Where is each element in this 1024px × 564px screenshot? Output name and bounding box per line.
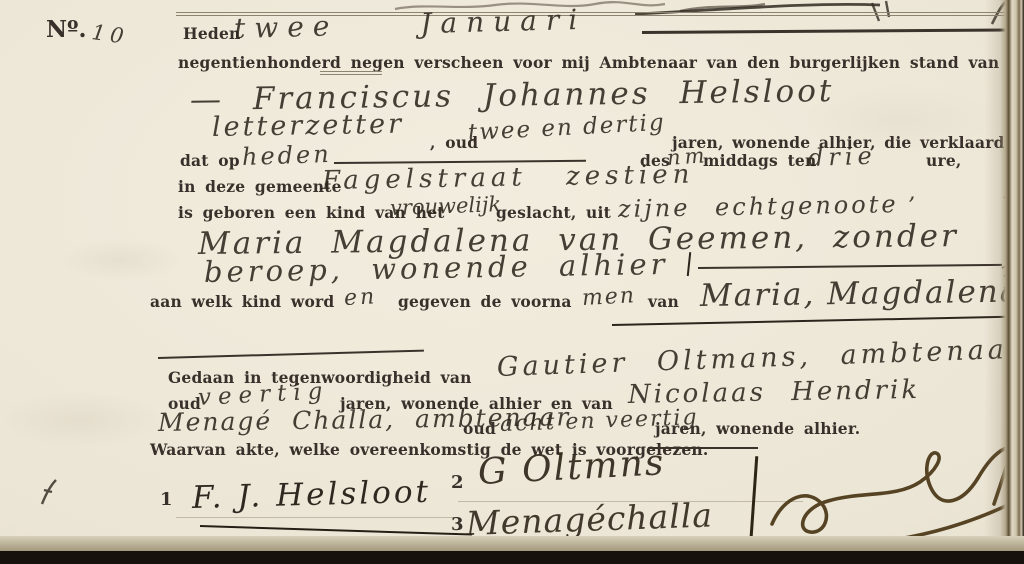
act-number: 10	[90, 20, 130, 49]
page-edge-bottom	[0, 536, 1024, 551]
page-edge-right	[984, 0, 1024, 564]
printed-oud-w2: oud	[463, 419, 496, 438]
printed-year-line: negentienhonderd negen verscheen voor mi…	[178, 53, 1024, 72]
hw-heden: heden	[242, 140, 333, 171]
hw-namen-suffix: men	[581, 283, 636, 311]
act-number-label: Nº.	[46, 16, 87, 43]
negen-underline-1	[320, 71, 382, 72]
printed-in-deze-gemeente: in deze gemeente	[178, 177, 342, 196]
signature-index-1: 1	[160, 489, 173, 510]
ink-mark-after-relation: ’	[908, 194, 915, 219]
hw-date: twee Januari	[234, 3, 587, 45]
signature-witness1: G Oltmns	[477, 442, 666, 493]
birth-record-scan: Nº. 10 Heden twee Januari negentienhonde…	[0, 0, 1024, 564]
hw-witness2-first: Nicolaas Hendrik	[628, 375, 921, 410]
hw-address: Fagelstraat zestien	[322, 160, 695, 196]
printed-jaren-alhier: jaren, wonende alhier.	[655, 419, 860, 438]
printed-gegeven-voorna: gegeven de voorna	[398, 292, 572, 311]
signature-line-1	[176, 517, 456, 518]
printed-van: van	[648, 292, 679, 311]
hw-hour: drie	[808, 142, 878, 172]
margin-mark	[36, 478, 60, 508]
signature-father: F. J. Helsloot	[192, 474, 432, 516]
printed-dat-op: dat op	[180, 151, 240, 170]
printed-aan-welk-kind: aan welk kind word	[150, 292, 334, 311]
negen-underline-2	[320, 74, 382, 75]
signature-index-3: 3	[451, 514, 464, 535]
witness-block-top-stroke	[158, 350, 424, 359]
printed-heden: Heden	[183, 24, 240, 43]
photo-edge-bottom	[0, 551, 1024, 564]
line9-fill-dash	[698, 264, 1002, 269]
printed-ure: ure,	[926, 151, 962, 170]
child-names-underline	[612, 316, 1008, 326]
hw-worden-suffix: en	[343, 284, 377, 311]
hw-gender: vrouwelijk	[390, 192, 502, 220]
hw-witness1: Gautier Oltmans, ambtenaar	[496, 334, 1024, 383]
hw-mother-cont: beroep, wonende alhier	[204, 247, 669, 289]
hw-child-names: Maria, Magdalena	[700, 274, 1021, 314]
hw-father-age: twee en dertig	[467, 110, 666, 146]
signature1-flourish	[200, 525, 472, 536]
printed-middags-ten: middags ten	[703, 151, 816, 170]
hw-relation: zijne echtgenoote	[618, 190, 899, 223]
hw-occupation: letterzetter	[212, 109, 405, 143]
signature-index-2: 2	[451, 472, 464, 493]
printed-geslacht-uit: geslacht, uit	[496, 203, 611, 222]
